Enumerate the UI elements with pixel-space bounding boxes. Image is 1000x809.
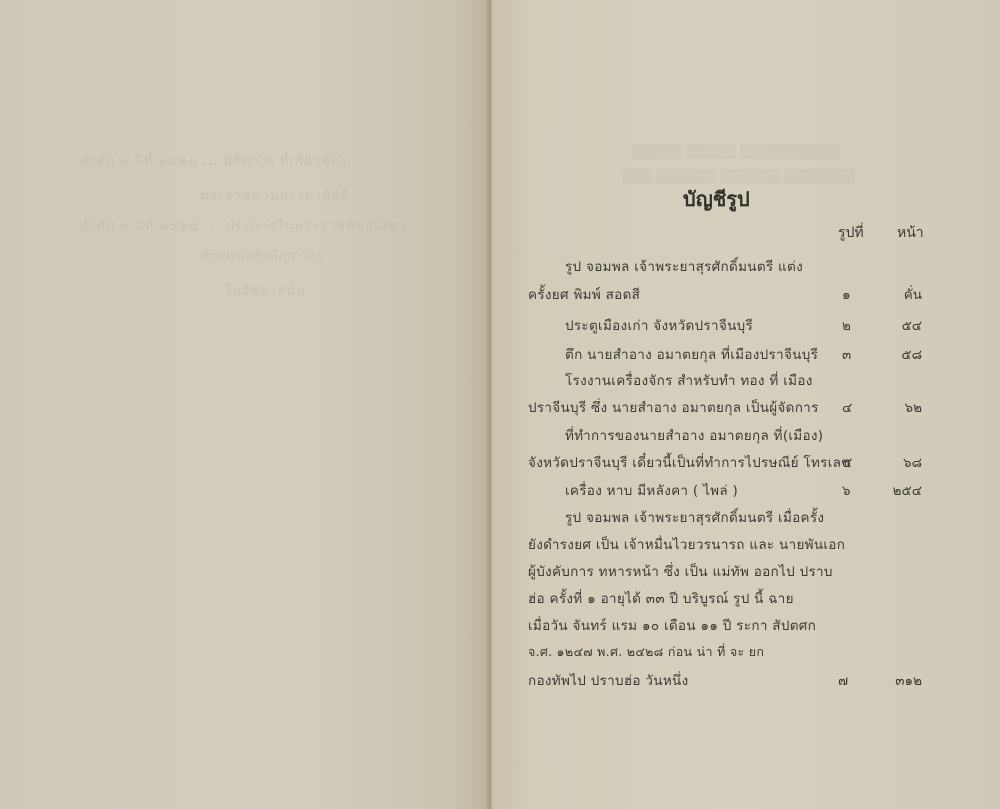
figure-number: ๔	[842, 396, 852, 418]
show-through-line: ตำแหน่งสำคัญต่างๆ	[200, 245, 324, 266]
entry-text-line: โรงงานเครื่องจักร สำหรับทำ ทอง ที่ เมือง	[565, 369, 813, 391]
page-number: ๖๘	[862, 451, 922, 473]
figure-number: ๑	[842, 283, 851, 305]
left-page: ลำดับ ๒ ปีที่ ๒๔๒๐ ... พิธีต่างๆ ที่เกี่…	[0, 0, 488, 809]
entry-text-line: เมื่อวัน จันทร์ แรม ๑๐ เดือน ๑๑ ปี ระกา …	[528, 614, 816, 636]
page-number: คั่น	[862, 283, 922, 305]
show-through-line: ▒▒▒▒▒ ▒▒▒▒▒ ▒▒▒▒▒▒▒▒▒▒	[632, 145, 840, 160]
show-through-line: ลำดับ ๓ ปีที่ ๒๔๒๔ ... ประกาศในพระราชหัต…	[80, 215, 407, 236]
column-header-figure-no: รูปที่	[838, 222, 864, 244]
entry-text-line: จ.ศ. ๑๒๔๗ พ.ศ. ๒๔๒๘ ก่อน น่า ที่ จะ ยก	[528, 642, 764, 662]
column-header-page: หน้า	[897, 222, 924, 244]
page-number: ๒๕๔	[862, 479, 922, 501]
entry-text-line: ฮ่อ ครั้งที่ ๑ อายุได้ ๓๓ ปี บริบูรณ์ รู…	[528, 587, 794, 609]
entry-text-line: ที่ทำการของนายสำอาง อมาตยกุล ที่(เมือง)	[565, 424, 823, 446]
book-spread: ลำดับ ๒ ปีที่ ๒๔๒๐ ... พิธีต่างๆ ที่เกี่…	[0, 0, 1000, 809]
page-title: บัญชีรูป	[683, 183, 750, 215]
entry-text-line: ปราจีนบุรี ซึ่ง นายสำอาง อมาตยกุล เป็นผู…	[528, 396, 819, 418]
entry-text-line: ตึก นายสำอาง อมาตยกุล ที่เมืองปราจีนบุรี	[565, 343, 818, 365]
entry-text-line: รูป จอมพล เจ้าพระยาสุรศักดิ์มนตรี เมื่อค…	[565, 506, 824, 528]
entry-text-line: จังหวัดปราจีนบุรี เดี๋ยวนี้เป็นที่ทำการไ…	[528, 451, 851, 473]
page-number: ๓๑๒	[862, 669, 922, 691]
figure-number: ๕	[842, 451, 852, 473]
show-through-line: พระราชทานบรรดาศักดิ์	[200, 185, 350, 206]
figure-number: ๖	[842, 479, 851, 501]
show-through-line: ในรัชกาลนั้น	[225, 280, 306, 301]
figure-number: ๓	[842, 343, 851, 365]
page-number: ๕๘	[862, 343, 922, 365]
entry-text-line: ผู้บังคับการ ทหารหน้า ซึ่ง เป็น แม่ทัพ อ…	[528, 560, 833, 582]
entry-text-line: ครั้งยศ พิมพ์ สอดสี	[528, 283, 640, 305]
entry-text-line: รูป จอมพล เจ้าพระยาสุรศักดิ์มนตรี แต่ง	[565, 255, 803, 277]
entry-text-line: ประตูเมืองเก่า จังหวัดปราจีนบุรี	[565, 314, 753, 336]
entry-text-line: เครื่อง หาบ มีหลังคา ( ไพล่ )	[565, 479, 738, 501]
figure-number: ๗	[838, 669, 848, 691]
figure-number: ๒	[842, 314, 851, 336]
show-through-line: ลำดับ ๒ ปีที่ ๒๔๒๐ ... พิธีต่างๆ ที่เกี่…	[80, 150, 347, 171]
entry-text-line: ยังดำรงยศ เป็น เจ้าหมื่นไวยวรนารถ และ นา…	[528, 533, 845, 555]
page-number: ๖๒	[862, 396, 922, 418]
page-number: ๕๔	[862, 314, 922, 336]
entry-text-line: กองทัพไป ปราบฮ่อ วันหนึ่ง	[528, 669, 688, 691]
